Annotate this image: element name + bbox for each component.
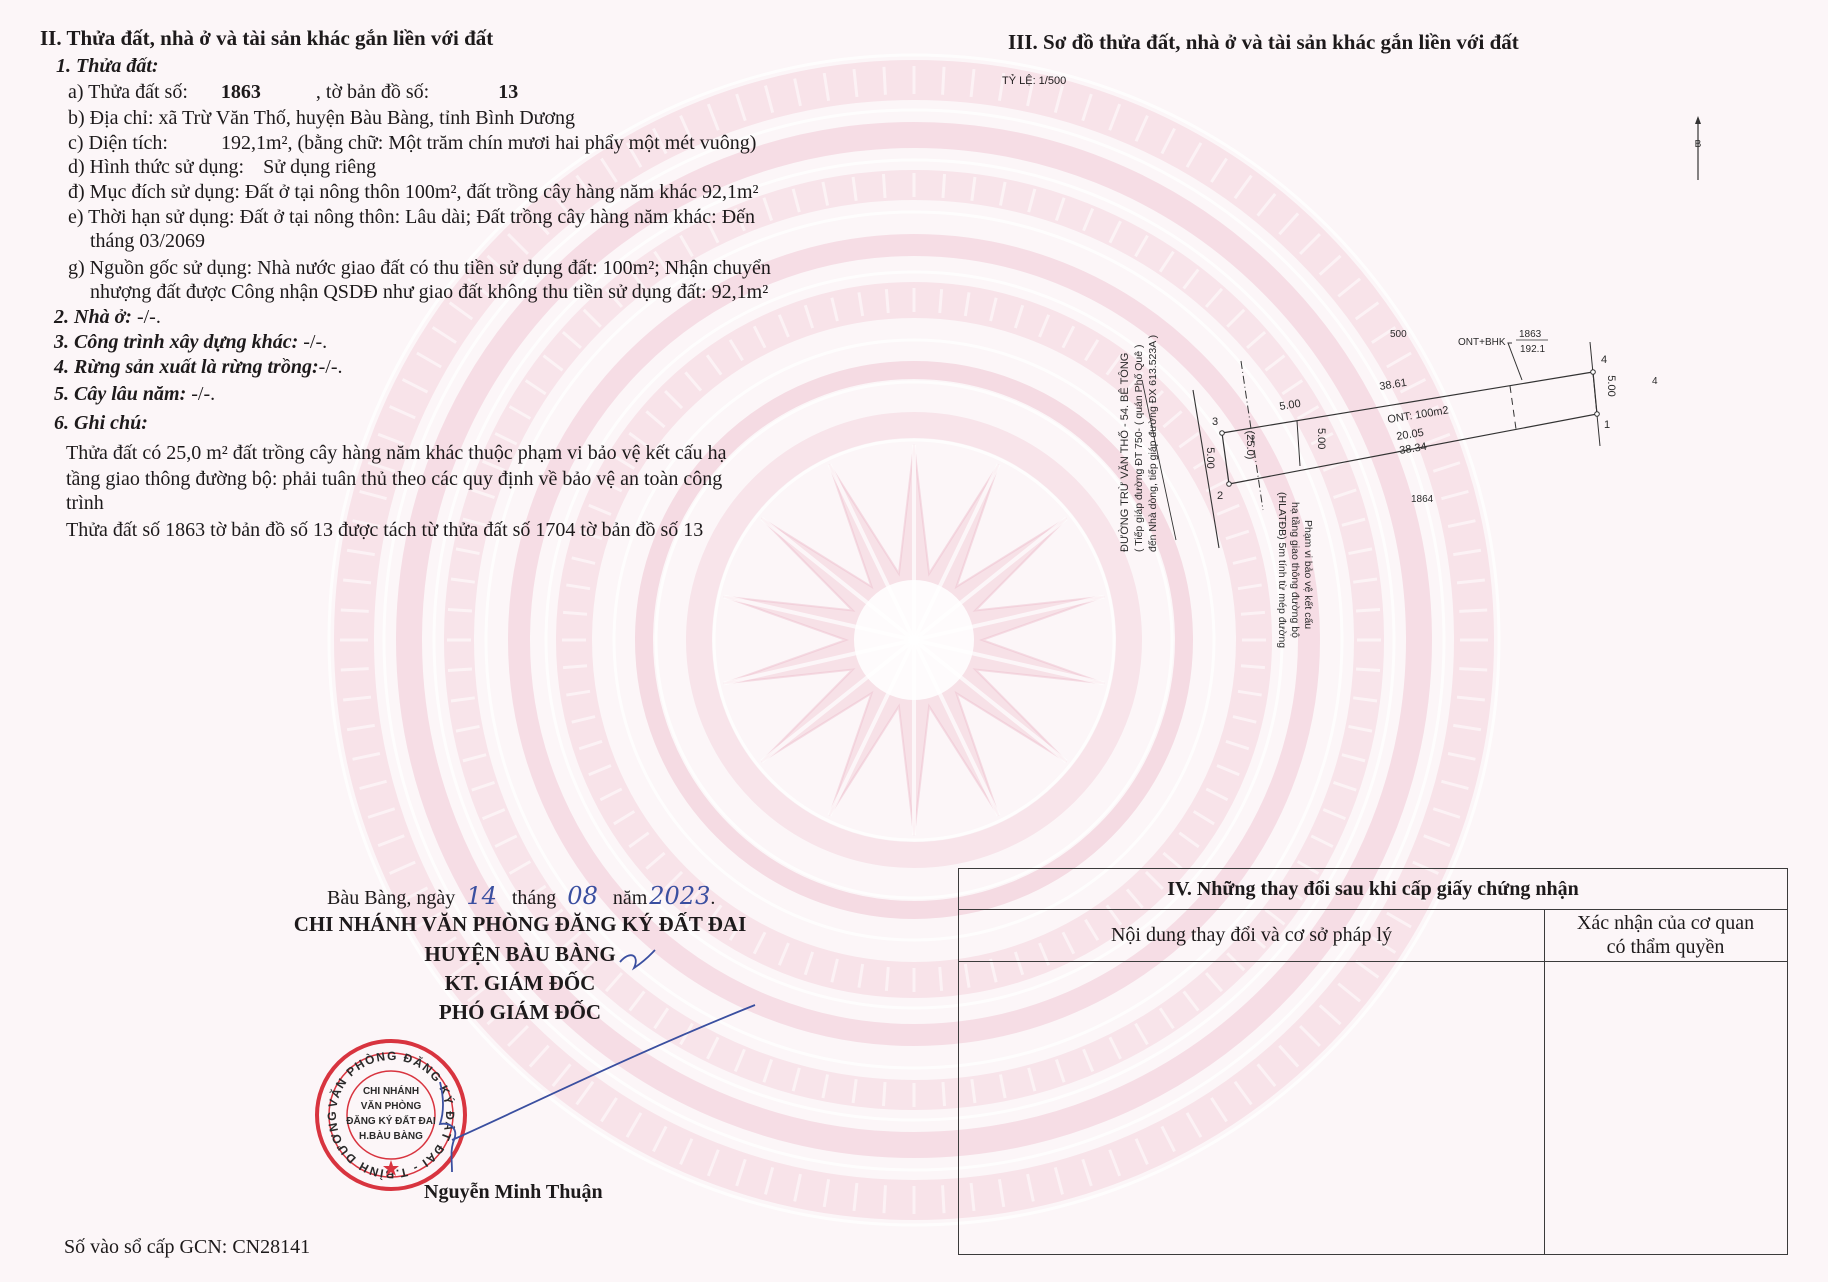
svg-text:Phạm vi bảo vệ kết cấu: Phạm vi bảo vệ kết cấu: [1302, 520, 1314, 629]
east-boundary-line: [1590, 342, 1600, 446]
road-edge-line: [1193, 390, 1219, 548]
dim-top: 38.61: [1379, 377, 1408, 393]
point-label: 1: [1604, 419, 1610, 431]
dim-west: 5.00: [1204, 447, 1216, 468]
dim-corridor-side: 5.00: [1315, 428, 1327, 449]
svg-text:đến Nhà dòng, tiếp giáp đường: đến Nhà dòng, tiếp giáp đường ĐX 613.523…: [1147, 335, 1159, 552]
svg-text:H.BÀU BÀNG: H.BÀU BÀNG: [359, 1129, 423, 1142]
parcel-area-label: 192.1: [1520, 344, 1545, 355]
protection-zone-label: Phạm vi bảo vệ kết cấu hạ tầng giao thôn…: [1276, 492, 1314, 648]
corridor-area: (25.0): [1244, 431, 1256, 460]
plot-diagram: B 3 2 4 1 38.61 20.05 38.34 5.00 5.00 5.…: [0, 0, 1828, 1282]
dim-corridor-top: 5.00: [1279, 398, 1302, 413]
dim-mid: 20.05: [1396, 427, 1425, 443]
parcel-number-label: 1863: [1519, 329, 1542, 340]
neighbor-east: 4: [1652, 376, 1658, 387]
parcel-code: ONT+BHK: [1458, 337, 1506, 348]
point-label: 3: [1212, 416, 1218, 428]
svg-text:hạ tầng giao thông đường bộ: hạ tầng giao thông đường bộ: [1289, 502, 1301, 638]
svg-text:( Tiếp giáp đường ĐT 750- ( qu: ( Tiếp giáp đường ĐT 750- ( quán Phố Quê…: [1133, 344, 1145, 552]
neighbor-north: 500: [1390, 329, 1407, 340]
dim-bottom: 38.34: [1399, 441, 1428, 457]
svg-text:B: B: [1695, 139, 1702, 150]
north-arrow-icon: B: [1695, 116, 1702, 180]
svg-text:ĐƯỜNG TRỪ VĂN THỐ - 54. BÊ TÔN: ĐƯỜNG TRỪ VĂN THỐ - 54. BÊ TÔNG: [1117, 353, 1131, 552]
dim-east: 5.00: [1605, 375, 1617, 396]
point-label: 2: [1217, 490, 1223, 502]
svg-text:ĐĂNG KÝ ĐẤT ĐAI: ĐĂNG KÝ ĐẤT ĐAI: [346, 1114, 436, 1127]
corridor-divider: [1297, 421, 1300, 466]
handwritten-signature: [440, 950, 755, 1172]
svg-text:VĂN PHÒNG: VĂN PHÒNG: [361, 1099, 422, 1112]
neighbor-south: 1864: [1411, 494, 1434, 505]
ont-divider: [1510, 386, 1516, 429]
point-label: 4: [1601, 354, 1607, 366]
svg-text:CHI NHÁNH: CHI NHÁNH: [363, 1084, 419, 1097]
svg-text:(HLATĐB) 5m tính từ mép đường: (HLATĐB) 5m tính từ mép đường: [1276, 492, 1288, 648]
ont-area: ONT: 100m2: [1387, 404, 1450, 426]
road-label: ĐƯỜNG TRỪ VĂN THỐ - 54. BÊ TÔNG ( Tiếp g…: [1117, 335, 1159, 552]
